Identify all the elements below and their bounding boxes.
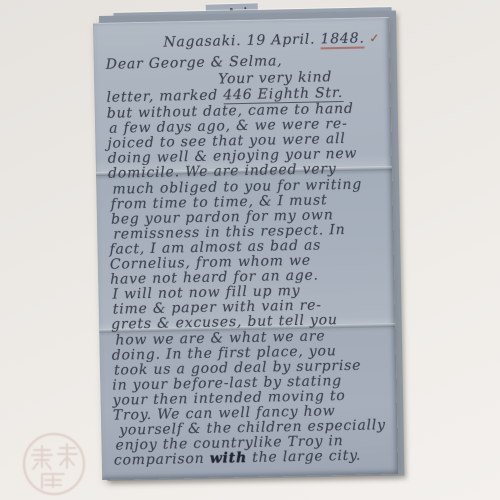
letter-line-segment: with: [210, 450, 248, 467]
letter-line: Nagasaki. 19 April. 1848. ✓: [163, 30, 380, 50]
letter-line-segment: the large city.: [247, 448, 362, 466]
letter-line-segment: 1848.: [320, 31, 364, 50]
letter-line: comparison with the large city.: [114, 448, 362, 469]
letter-line-segment: comparison: [114, 451, 210, 469]
letter-paper: Nagasaki. 19 April. 1848. ✓Dear George &…: [93, 17, 398, 480]
letter-line-segment: Nagasaki. 19 April.: [163, 31, 320, 50]
seal-icon: [11, 428, 97, 500]
letter-line-segment: ✓: [365, 31, 381, 45]
bakumatsuya-seal-watermark: [11, 428, 97, 500]
letter-photograph: Nagasaki. 19 April. 1848. ✓Dear George &…: [0, 0, 500, 500]
letter-text: Nagasaki. 19 April. 1848. ✓Dear George &…: [93, 17, 398, 480]
